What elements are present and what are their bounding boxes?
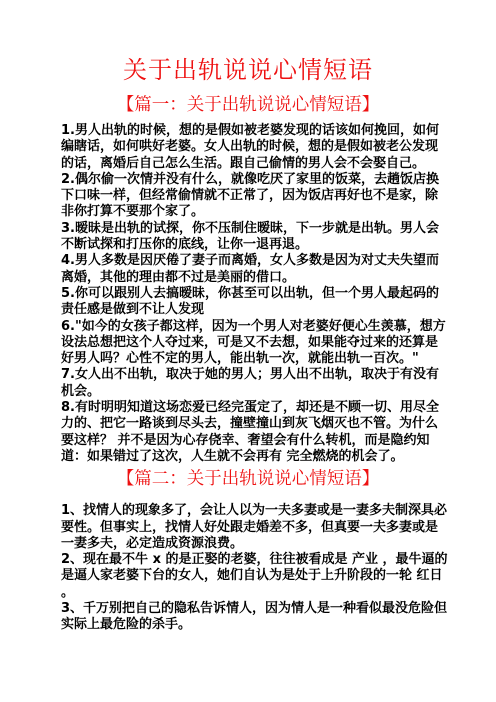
paragraph: 4.男人多数是因厌倦了妻子而离婚，女人多数是因为对丈夫失望而离婚，其他的理由都不… bbox=[61, 253, 449, 286]
document-title: 关于出轨说说心情短语 bbox=[0, 55, 496, 87]
document-page: 关于出轨说说心情短语 【篇一：关于出轨说说心情短语】 1.男人出轨的时候，想的是… bbox=[0, 0, 496, 702]
paragraph: 1.男人出轨的时候，想的是假如被老婆发现的话该如何挽回，如何编瞎话，如何哄好老婆… bbox=[61, 123, 449, 172]
section-2-heading: 【篇二：关于出轨说说心情短语】 bbox=[0, 467, 496, 489]
paragraph: 7.女人出不出轨，取决于她的男人；男人出不出轨，取决于有没有机会。 bbox=[61, 367, 449, 400]
paragraph: 6."如今的女孩子都这样，因为一个男人对老婆好便心生羡慕，想方设法总想把这个人夺… bbox=[61, 319, 449, 368]
paragraph: 2.偶尔偷一次情并没有什么，就像吃厌了家里的饭菜，去趟饭店换下口味一样，但经常偷… bbox=[61, 172, 449, 221]
paragraph: 5.你可以跟别人去搞暧昧，你甚至可以出轨，但一个男人最起码的责任感是做到不让人发… bbox=[61, 286, 449, 319]
section-2-body: 1、找情人的现象多了，会让人以为一夫多妻或是一妻多夫制深具必要性。但事实上，找情… bbox=[61, 503, 449, 633]
paragraph: 3.暧昧是出轨的试探，你不压制住暧昧，下一步就是出轨。男人会不断试探和打压你的底… bbox=[61, 221, 449, 254]
paragraph: 3、千万别把自己的隐私告诉情人，因为情人是一种看似最没危险但实际上最危险的杀手。 bbox=[61, 601, 449, 634]
paragraph: 2、现在最不牛 x 的是正娶的老婆，往往被看成是 产业 ，最牛逼的是逼人家老婆下… bbox=[61, 552, 449, 601]
paragraph: 8.有时明明知道这场恋爱已经完蛋定了，却还是不顾一切、用尽全力的、把它一路谈到尽… bbox=[61, 400, 449, 465]
section-1-heading: 【篇一：关于出轨说说心情短语】 bbox=[0, 93, 496, 115]
section-1-body: 1.男人出轨的时候，想的是假如被老婆发现的话该如何挽回，如何编瞎话，如何哄好老婆… bbox=[61, 123, 449, 465]
paragraph: 1、找情人的现象多了，会让人以为一夫多妻或是一妻多夫制深具必要性。但事实上，找情… bbox=[61, 503, 449, 552]
